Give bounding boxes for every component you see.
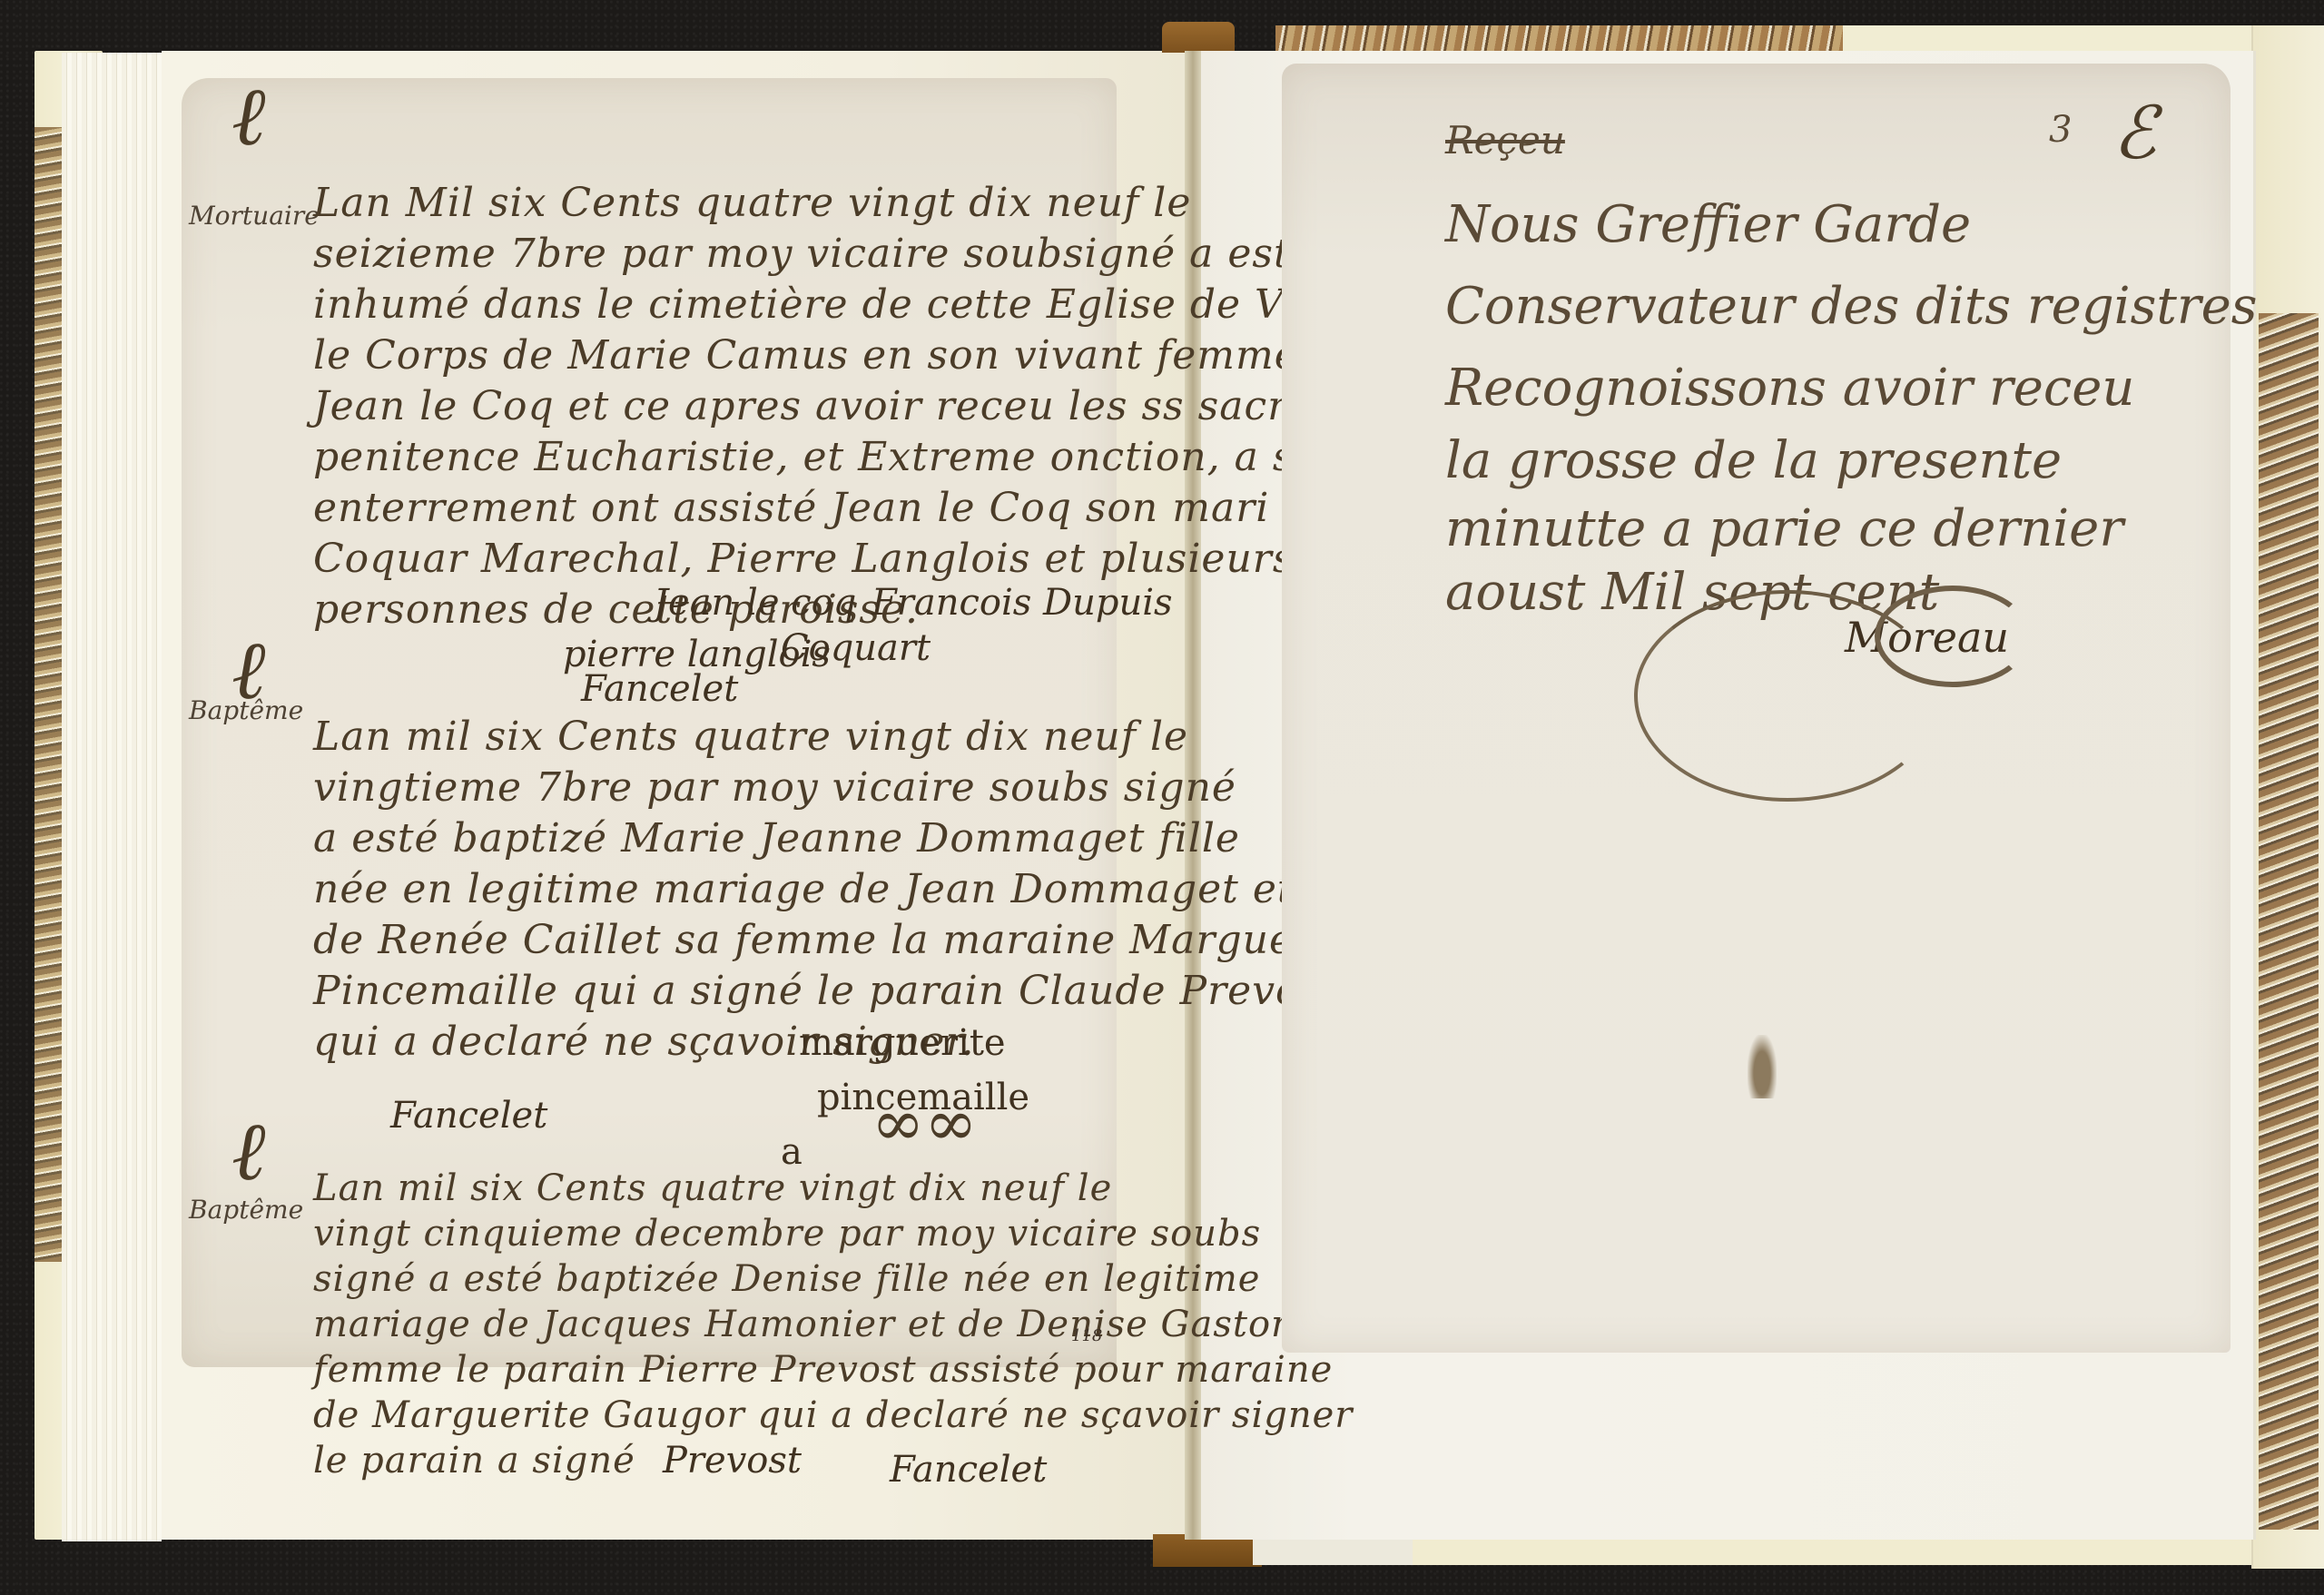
page-mark: 3 [2049, 109, 2072, 151]
right-marbled-endpaper [2259, 313, 2319, 1530]
entry3-line2: vingt cinquieme decembre par moy vicaire… [313, 1213, 1261, 1255]
entry2-line3: a esté baptizé Marie Jeanne Dommaget fil… [313, 815, 1240, 861]
entry2-line4: née en legitime mariage de Jean Dommaget… [313, 866, 1295, 912]
signature-prevost: Prevost [663, 1440, 802, 1482]
signature-marguerite: marguerite [799, 1022, 1006, 1064]
right-cover-top [1843, 25, 2279, 53]
right-line3: Recognoissons avoir receu [1445, 359, 2134, 418]
entry3-line7: le parain a signé [313, 1440, 635, 1482]
open-book: ℓ Mortuaire Lan Mil six Cents quatre vin… [0, 0, 2324, 1595]
right-line4: la grosse de la presente [1445, 431, 2062, 490]
entry3-line5: femme le parain Pierre Prevost assisté p… [313, 1349, 1333, 1391]
struck-heading: Reçeu [1445, 118, 1565, 162]
signature-francois-dupuis: Francois Dupuis [871, 582, 1173, 624]
entry1-line2: seizieme 7bre par moy vicaire soubsigné … [313, 231, 1315, 277]
ink-stain [1748, 1035, 1777, 1098]
signature-fancelet-2: Fancelet [390, 1095, 547, 1137]
small-paraph-flourish-icon [1875, 586, 2031, 687]
entry3-line1: Lan mil six Cents quatre vingt dix neuf … [313, 1167, 1112, 1209]
entry2-line2: vingtieme 7bre par moy vicaire soubs sig… [313, 764, 1236, 811]
paragraph-mark-icon: ℓ [231, 1104, 266, 1199]
entry3-line3: signé a esté baptizée Denise fille née e… [313, 1258, 1260, 1300]
signature-fancelet-3: Fancelet [890, 1449, 1047, 1491]
bottom-cover-strip [1253, 1540, 2251, 1565]
folio-number: 118 [1071, 1326, 1102, 1345]
left-marbled-endpaper [34, 127, 62, 1262]
entry3-line6: de Marguerite Gaugor qui a declaré ne sç… [313, 1394, 1353, 1436]
entry2-line6: Pincemaille qui a signé le parain Claude… [313, 968, 1339, 1014]
left-manuscript-sheet: ℓ Mortuaire Lan Mil six Cents quatre vin… [182, 78, 1117, 1367]
paragraph-mark-icon: ℓ [231, 69, 266, 164]
entry1-line1: Lan Mil six Cents quatre vingt dix neuf … [313, 180, 1191, 226]
margin-label-mortuaire: Mortuaire [189, 201, 320, 231]
signature-coquart: Coquart [781, 627, 931, 669]
entry1-line4: le Corps de Marie Camus en son vivant fe… [313, 332, 1364, 379]
signature-fancelet-1: Fancelet [581, 668, 738, 710]
margin-label-bapteme-2: Baptême [189, 1195, 303, 1225]
right-line2: Conservateur des dits registres [1445, 277, 2257, 336]
left-page-stack [62, 53, 162, 1541]
entry2-line1: Lan mil six Cents quatre vingt dix neuf … [313, 714, 1188, 760]
entry1-line7: enterrement ont assisté Jean le Coq son … [313, 485, 1447, 531]
spine-leather-top [1162, 22, 1235, 53]
top-marbled-edge [1275, 25, 1856, 51]
margin-label-bapteme: Baptême [189, 695, 303, 725]
entry2-line5: de Renée Caillet sa femme la maraine Mar… [313, 917, 1369, 963]
cross-mark-icon: ∞∞ [871, 1086, 978, 1160]
right-line1: Nous Greffier Garde [1445, 195, 1971, 254]
paraph-flourish-icon: ℰ [2112, 91, 2156, 175]
entry3-line4: mariage de Jacques Hamonier et de Denise… [313, 1304, 1350, 1345]
entry1-line6: penitence Eucharistie, et Extreme onctio… [313, 434, 1400, 480]
right-line5: minutte a parie ce dernier [1445, 499, 2123, 558]
signature-jean-le-coq: Jean le coq [654, 582, 856, 624]
entry1-line8: Coquar Marechal, Pierre Langlois et plus… [313, 536, 1442, 582]
